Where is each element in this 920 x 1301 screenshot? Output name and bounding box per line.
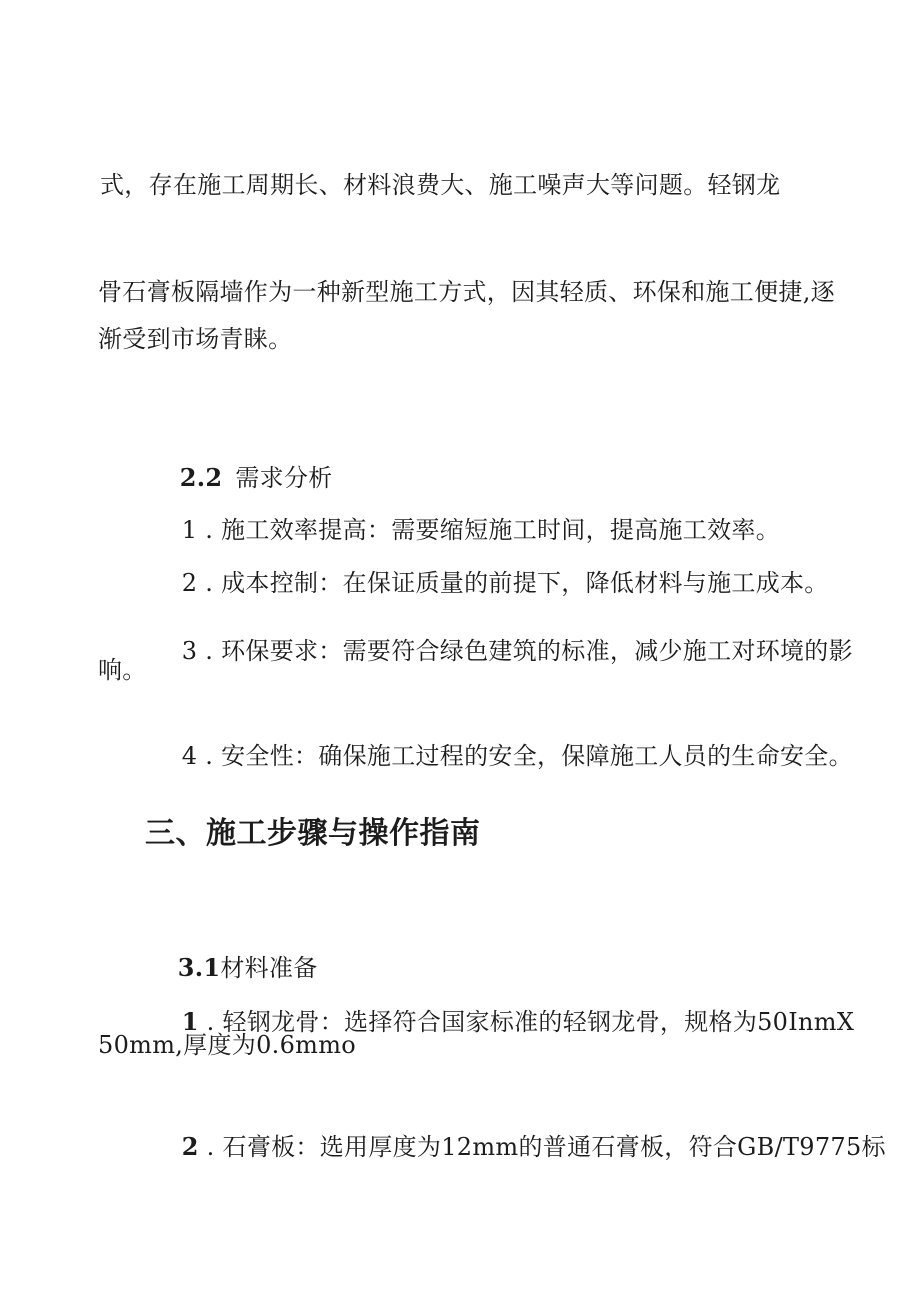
document-page: 式，存在施工周期长、材料浪费大、施工噪声大等问题。轻钢龙 骨石膏板隔墙作为一种新… bbox=[0, 0, 920, 1301]
material-item-2-number: 2 bbox=[182, 1132, 199, 1161]
requirement-item-1-number: 1 bbox=[182, 516, 198, 544]
requirement-item-1-text: 施工效率提高：需要缩短施工时间，提高施工效率。 bbox=[221, 516, 780, 544]
chapter-heading-3: 三、施工步骤与操作指南 bbox=[145, 817, 481, 852]
requirement-item-3: 3 . 环保要求：需要符合绿色建筑的标准，减少施工对环境的影 bbox=[150, 610, 853, 693]
material-item-1-wrap: 50mm,厚度为0.6mmo bbox=[98, 1032, 356, 1060]
requirement-item-3-separator: . bbox=[197, 637, 221, 665]
material-item-2-separator: . bbox=[199, 1133, 223, 1161]
intro-paragraph-line-2: 骨石膏板隔墙作为一种新型施工方式，因其轻质、环保和施工便捷,逐 bbox=[98, 279, 835, 307]
material-item-2-text: 石膏板：选用厚度为12mm的普通石膏板，符合GB/T9775标 bbox=[223, 1133, 886, 1161]
intro-paragraph-line-1: 式，存在施工周期长、材料浪费大、施工噪声大等问题。轻钢龙 bbox=[100, 172, 780, 200]
requirement-item-4: 4 . 安全性：确保施工过程的安全，保障施工人员的生命安全。 bbox=[150, 715, 853, 798]
requirement-item-3-number: 3 bbox=[182, 637, 198, 665]
intro-paragraph-line-3: 渐受到市场青睐。 bbox=[98, 326, 292, 354]
subsection-title-3-1: 材料准备 bbox=[220, 954, 317, 982]
requirement-item-2-text: 成本控制：在保证质量的前提下，降低材料与施工成本。 bbox=[221, 569, 829, 597]
requirement-item-4-separator: . bbox=[197, 742, 221, 770]
requirement-item-2-number: 2 bbox=[182, 569, 198, 597]
subsection-number-3-1: 3.1 bbox=[178, 953, 221, 982]
material-item-2: 2 . 石膏板：选用厚度为12mm的普通石膏板，符合GB/T9775标 bbox=[150, 1105, 886, 1189]
requirement-item-2-separator: . bbox=[197, 569, 221, 597]
requirement-item-3-wrap: 响。 bbox=[98, 657, 147, 685]
requirement-item-3-text: 环保要求：需要符合绿色建筑的标准，减少施工对环境的影 bbox=[221, 637, 853, 665]
requirement-item-4-text: 安全性：确保施工过程的安全，保障施工人员的生命安全。 bbox=[221, 742, 853, 770]
requirement-item-1-separator: . bbox=[197, 516, 221, 544]
section-number-2-2: 2.2 bbox=[180, 463, 223, 492]
requirement-item-4-number: 4 bbox=[182, 742, 198, 770]
section-title-2-2: 需求分析 bbox=[235, 464, 332, 492]
